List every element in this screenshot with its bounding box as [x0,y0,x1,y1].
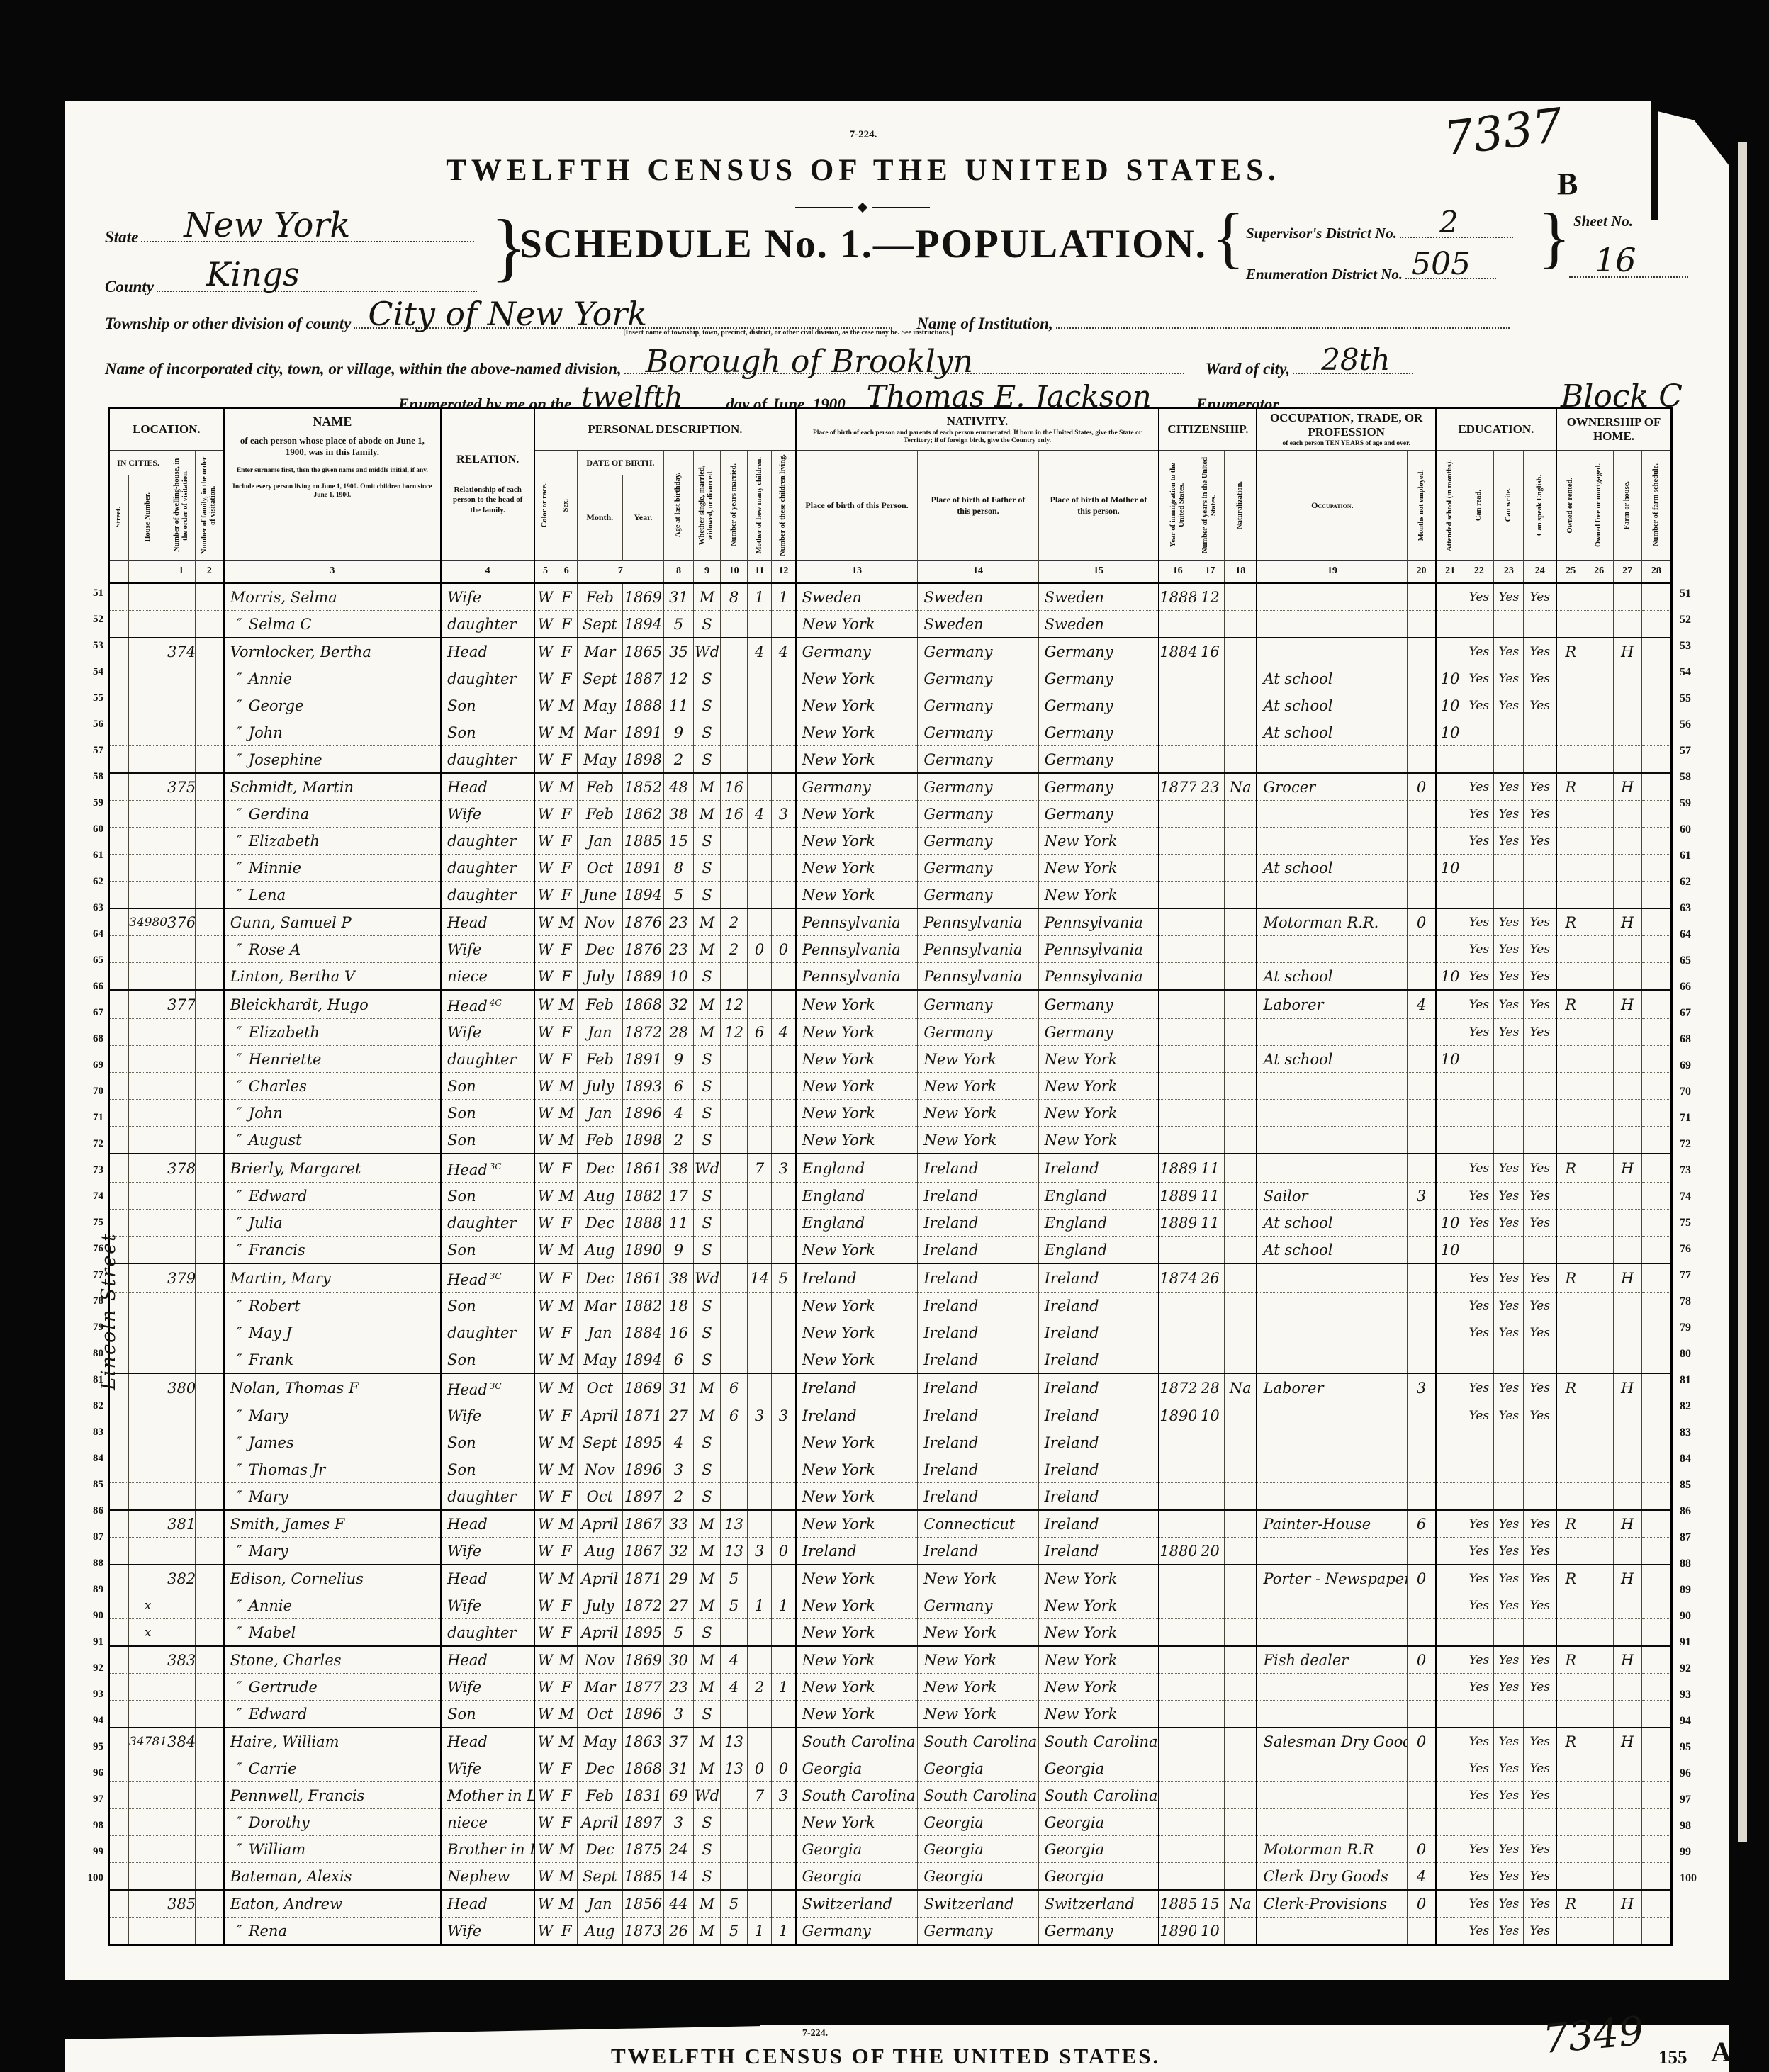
cell-byear: 1869 [622,583,663,611]
enumerator-mark: 3C [490,1271,502,1281]
cell-yrsus [1196,1592,1224,1619]
farm-schedule-label: Number of farm schedule. [1652,463,1661,546]
cell-home: R [1556,773,1585,801]
cell-marital: M [694,1890,721,1918]
cell-dwell [167,1456,196,1483]
cell-pobm: South Carolina [1038,1728,1159,1755]
table-row-line-54: ″AnniedaughterWFSept188712SNew YorkGerma… [109,665,1672,692]
line-number-left: 55 [81,685,103,711]
cell-pob: New York [796,1019,918,1046]
cell-home [1556,1456,1585,1483]
cell-fam [196,1100,224,1127]
cell-read [1464,719,1494,746]
cell-home [1556,746,1585,774]
cell-house [129,1293,167,1319]
cell-color: W [534,1592,556,1619]
cell-fam [196,1402,224,1429]
cell-street [109,1019,129,1046]
cell-fam [196,1755,224,1782]
cell-write: Yes [1494,1538,1524,1565]
cell-imm [1159,1674,1196,1701]
cell-yrsmar [721,692,748,719]
line-number-right: 97 [1680,1786,1717,1813]
cell-pob: England [796,1154,918,1183]
cell-yrsmar: 6 [721,1373,748,1402]
cell-marital: M [694,1565,721,1592]
cell-fsched [1641,1728,1671,1755]
cell-nat [1224,801,1257,828]
col-number-6: 6 [556,561,577,583]
cell-mliv [772,1836,796,1863]
cell-pob: New York [796,1510,918,1538]
table-row-line-82: ″JamesSonWMSept18954SNew YorkIrelandIrel… [109,1429,1672,1456]
ditto-mark: ″ [230,802,249,826]
cell-marital: M [694,1402,721,1429]
cell-bmonth: April [577,1402,622,1429]
cell-dwell [167,1483,196,1511]
cell-color: W [534,1674,556,1701]
cell-marital: S [694,1237,721,1264]
table-row-line-59: ″GerdinaWifeWFFeb186238M1643New YorkGerm… [109,801,1672,828]
cell-mliv [772,1293,796,1319]
cell-imm: 1884 [1159,638,1196,665]
cell-read: Yes [1464,583,1494,611]
line-number-left: 93 [81,1682,103,1708]
cell-mort [1585,1592,1613,1619]
cell-english [1524,1046,1556,1073]
line-number-right: 78 [1680,1288,1717,1314]
line-number-left: 62 [81,869,103,895]
cell-rel: Head [441,638,534,665]
cell-mliv [772,908,796,936]
cell-home: R [1556,1646,1585,1674]
cell-sex: M [556,1646,577,1674]
line-number-left: 58 [81,764,103,790]
cell-name: ″William [224,1836,441,1863]
cell-fam [196,908,224,936]
cell-unemp [1408,1073,1436,1100]
ditto-mark: ″ [230,1675,249,1699]
cell-street [109,1863,129,1891]
cell-street [109,1674,129,1701]
cell-rel: Wife [441,1674,534,1701]
cell-mliv: 1 [772,1592,796,1619]
cell-mborn [748,1127,772,1154]
cell-occ [1257,1755,1407,1782]
cell-name: Eaton, Andrew [224,1890,441,1918]
cell-english: Yes [1524,1538,1556,1565]
cell-yrsmar: 5 [721,1565,748,1592]
cell-house [129,990,167,1019]
cell-street [109,1728,129,1755]
cell-yrsmar [721,1863,748,1891]
cell-yrsus [1196,1483,1224,1511]
line-number-right: 91 [1680,1629,1717,1655]
cell-imm [1159,1836,1196,1863]
cell-fam [196,583,224,611]
cell-write [1494,1809,1524,1836]
cell-imm [1159,801,1196,828]
cell-imm [1159,1646,1196,1674]
col-header-farm-or-house: Farm or house. [1613,451,1641,561]
cell-pobm: Ireland [1038,1402,1159,1429]
cell-house [129,882,167,909]
cell-pobm: New York [1038,1565,1159,1592]
cell-nat [1224,611,1257,638]
line-number-right: 56 [1680,711,1717,738]
cell-occ [1257,1319,1407,1346]
cell-fsched [1641,1046,1671,1073]
cell-occ [1257,1592,1407,1619]
cell-house [129,1836,167,1863]
cell-sex: M [556,1127,577,1154]
cell-color: W [534,611,556,638]
cell-fam [196,1890,224,1918]
cell-mliv [772,1565,796,1592]
cell-read: Yes [1464,908,1494,936]
cell-occ [1257,1429,1407,1456]
line-number-right: 55 [1680,685,1717,711]
cell-pob: Switzerland [796,1890,918,1918]
cell-color: W [534,1183,556,1210]
cell-rel: Wife [441,1019,534,1046]
cell-read [1464,1073,1494,1100]
cell-unemp: 3 [1408,1183,1436,1210]
cell-english [1524,719,1556,746]
cell-imm [1159,1019,1196,1046]
cell-pobf: New York [918,1646,1038,1674]
cell-byear: 1885 [622,828,663,855]
cell-pob: South Carolina [796,1782,918,1809]
cell-street [109,990,129,1019]
cell-sex: M [556,1890,577,1918]
table-row-line-76: 379Martin, MaryHead3CWFDec186138Wd145Ire… [109,1263,1672,1293]
cell-mliv [772,1100,796,1127]
cell-yrsus [1196,1019,1224,1046]
cell-fam [196,692,224,719]
ditto-mark: ″ [230,1621,249,1645]
cell-bmonth: Oct [577,855,622,882]
ditto-mark: ″ [230,829,249,853]
cell-house [129,1890,167,1918]
cell-color: W [534,1565,556,1592]
cell-color: W [534,1019,556,1046]
cell-house [129,773,167,801]
cell-pobm: Germany [1038,746,1159,774]
cell-unemp [1408,1046,1436,1073]
line-number-left: 94 [81,1708,103,1734]
cell-marital: S [694,1210,721,1237]
scan-mark-bar [1651,101,1658,220]
ditto-mark: ″ [230,1702,249,1726]
occupation-note: of each person TEN YEARS of age and over… [1257,439,1434,448]
cell-unemp: 0 [1408,1836,1436,1863]
cell-farm [1613,1210,1641,1237]
cell-house: 34781 [129,1728,167,1755]
cell-school [1436,990,1464,1019]
cell-mborn [748,1073,772,1100]
cell-mliv [772,828,796,855]
cell-house [129,1373,167,1402]
cell-mliv [772,1646,796,1674]
cell-byear: 1894 [622,1346,663,1374]
cell-mliv [772,1456,796,1483]
cell-pobf: Georgia [918,1836,1038,1863]
line-number-right: 70 [1680,1079,1717,1105]
ditto-mark: ″ [230,748,249,772]
line-number-right: 62 [1680,869,1717,895]
group-citizenship: CITIZENSHIP. [1159,408,1257,451]
cell-farm [1613,1483,1641,1511]
cell-imm [1159,1755,1196,1782]
cell-school: 10 [1436,1237,1464,1264]
line-number-right: 95 [1680,1734,1717,1760]
cell-pobf: Ireland [918,1402,1038,1429]
line-number-left: 66 [81,974,103,1000]
cell-dwell [167,1674,196,1701]
cell-street [109,1538,129,1565]
cell-name: ″Selma C [224,611,441,638]
cell-mort [1585,1538,1613,1565]
cell-unemp [1408,801,1436,828]
cell-marital: S [694,1073,721,1100]
cell-mborn [748,1373,772,1402]
cell-pob: New York [796,855,918,882]
cell-rel: Head [441,1890,534,1918]
cell-home: R [1556,1565,1585,1592]
line-number-right: 67 [1680,1000,1717,1026]
cell-farm [1613,1918,1641,1945]
line-number-right: 58 [1680,764,1717,790]
cell-imm [1159,1701,1196,1728]
cell-fam [196,1565,224,1592]
cell-pob: Ireland [796,1402,918,1429]
cell-read: Yes [1464,1782,1494,1809]
cell-unemp [1408,583,1436,611]
cell-pobm: Ireland [1038,1510,1159,1538]
cell-sex: F [556,1046,577,1073]
cell-yrsus [1196,1782,1224,1809]
cell-sex: M [556,1510,577,1538]
cell-occ: Porter - Newspaper [1257,1565,1407,1592]
cell-occ [1257,801,1407,828]
cell-nat [1224,1701,1257,1728]
cell-farm [1613,611,1641,638]
table-row-line-56: ″JohnSonWMMar18919SNew YorkGermanyGerman… [109,719,1672,746]
cell-color: W [534,936,556,963]
cell-english: Yes [1524,1918,1556,1945]
cell-home [1556,828,1585,855]
ditto-mark: ″ [230,1211,249,1235]
cell-english: Yes [1524,1402,1556,1429]
cell-pobm: England [1038,1183,1159,1210]
cell-yrsmar: 13 [721,1728,748,1755]
cell-house [129,1809,167,1836]
state-county-brace: } [490,213,527,281]
can-read-label: Can read. [1475,490,1483,521]
cell-mort [1585,1755,1613,1782]
cell-marital: S [694,1100,721,1127]
cell-yrsmar: 4 [721,1674,748,1701]
census-form-page: 7337 B 7-224. TWELFTH CENSUS OF THE UNIT… [65,101,1729,1980]
cell-bmonth: Dec [577,1210,622,1237]
cell-bmonth: Feb [577,773,622,801]
cell-write [1494,611,1524,638]
cell-age: 30 [663,1646,693,1674]
cell-yrsus [1196,1863,1224,1891]
state-line: State New York [105,213,474,247]
cell-school: 10 [1436,963,1464,991]
county-label: County [105,278,154,295]
cell-occ: Clerk Dry Goods [1257,1863,1407,1891]
cell-bmonth: Feb [577,801,622,828]
cell-marital: S [694,665,721,692]
cell-imm [1159,719,1196,746]
table-header: LOCATION. NAME of each person whose plac… [109,408,1672,583]
table-row-line-79: ″FrankSonWMMay18946SNew YorkIrelandIrela… [109,1346,1672,1374]
cell-nat: Na [1224,1890,1257,1918]
ditto-mark: ″ [230,1321,249,1345]
cell-bmonth: Jan [577,1100,622,1127]
cell-house [129,1127,167,1154]
cell-age: 23 [663,936,693,963]
cell-fam [196,1483,224,1511]
cell-fsched [1641,1346,1671,1374]
cell-dwell [167,882,196,909]
cell-pobf: Sweden [918,583,1038,611]
cell-nat [1224,908,1257,936]
cell-nat [1224,583,1257,611]
cell-pobf: Ireland [918,1483,1038,1511]
line-number-left: 97 [81,1786,103,1813]
cell-farm [1613,1402,1641,1429]
table-row-line-63: 34980376Gunn, Samuel PHeadWMNov187623M2P… [109,908,1672,936]
cell-color: W [534,1346,556,1374]
cell-pobf: New York [918,1674,1038,1701]
cell-dwell [167,692,196,719]
cell-name: Bleickhardt, Hugo [224,990,441,1019]
cell-english [1524,1809,1556,1836]
cell-pobm: England [1038,1210,1159,1237]
cell-yrsus: 12 [1196,583,1224,611]
cell-house [129,583,167,611]
enumerated-day-blank: twelfth [574,384,723,410]
cell-yrsmar: 2 [721,908,748,936]
line-number-left: 92 [81,1655,103,1682]
cell-marital: Wd [694,638,721,665]
cell-pob: New York [796,1127,918,1154]
cell-occ [1257,1456,1407,1483]
cell-bmonth: April [577,1565,622,1592]
table-row-line-91: ″GertrudeWifeWFMar187723M421New YorkNew … [109,1674,1672,1701]
cell-bmonth: May [577,1346,622,1374]
cell-home [1556,882,1585,909]
cell-sex: F [556,1782,577,1809]
cell-school [1436,773,1464,801]
cell-home [1556,801,1585,828]
cell-fsched [1641,828,1671,855]
cell-pobm: Ireland [1038,1293,1159,1319]
cell-rel: Son [441,692,534,719]
cell-yrsus: 28 [1196,1373,1224,1402]
col-number-8: 8 [663,561,693,583]
cell-read: Yes [1464,1319,1494,1346]
cell-fsched [1641,1918,1671,1945]
group-relation: RELATION. Relationship of each person to… [441,408,534,561]
cell-fsched [1641,1019,1671,1046]
footer-black-wedge [65,2008,760,2039]
cell-fsched [1641,746,1671,774]
line-number-right: 61 [1680,843,1717,869]
cell-mort [1585,1237,1613,1264]
cell-mborn: 14 [748,1263,772,1293]
immigration-year-label: Year of immigration to the United States… [1169,453,1186,558]
cell-marital: S [694,1127,721,1154]
cell-fsched [1641,1319,1671,1346]
cell-pobf: Pennsylvania [918,908,1038,936]
cell-read [1464,1100,1494,1127]
cell-fam [196,1319,224,1346]
table-row-line-89: x″MabeldaughterWFApril18955SNew YorkNew … [109,1619,1672,1647]
cell-yrsmar: 13 [721,1510,748,1538]
cell-fsched [1641,1510,1671,1538]
cell-yrsmar [721,1237,748,1264]
cell-mborn: 0 [748,1755,772,1782]
ditto-mark: ″ [230,1047,249,1071]
cell-name: ″August [224,1127,441,1154]
ditto-mark: ″ [230,721,249,745]
cell-pob: New York [796,1046,918,1073]
cell-pobf: Georgia [918,1755,1038,1782]
cell-english: Yes [1524,1263,1556,1293]
cell-dwell [167,963,196,991]
cell-house [129,1319,167,1346]
cell-rel: Son [441,1073,534,1100]
cell-house [129,1701,167,1728]
cell-age: 38 [663,1263,693,1293]
cell-mborn [748,963,772,991]
cell-unemp [1408,1293,1436,1319]
cell-age: 15 [663,828,693,855]
cell-english [1524,882,1556,909]
cell-bmonth: Feb [577,1782,622,1809]
cell-byear: 1897 [622,1483,663,1511]
cell-sex: M [556,1863,577,1891]
cell-read: Yes [1464,1646,1494,1674]
line-number-left: 59 [81,790,103,816]
cell-pob: New York [796,1319,918,1346]
cell-read: Yes [1464,1019,1494,1046]
cell-rel: Wife [441,583,534,611]
cell-read: Yes [1464,1890,1494,1918]
cell-mort [1585,1429,1613,1456]
cell-rel: Nephew [441,1863,534,1891]
cell-color: W [534,855,556,882]
enumerator-mark: 3C [490,1381,502,1391]
cell-rel: Wife [441,801,534,828]
cell-pob: Pennsylvania [796,936,918,963]
cell-byear: 1891 [622,855,663,882]
cell-mborn: 2 [748,1674,772,1701]
cell-street [109,1890,129,1918]
cell-pobm: Ireland [1038,1154,1159,1183]
line-number-right: 68 [1680,1026,1717,1052]
cell-color: W [534,828,556,855]
line-number-right: 72 [1680,1131,1717,1157]
cell-school [1436,1565,1464,1592]
cell-bmonth: Jan [577,1890,622,1918]
cell-pobm: Pennsylvania [1038,936,1159,963]
